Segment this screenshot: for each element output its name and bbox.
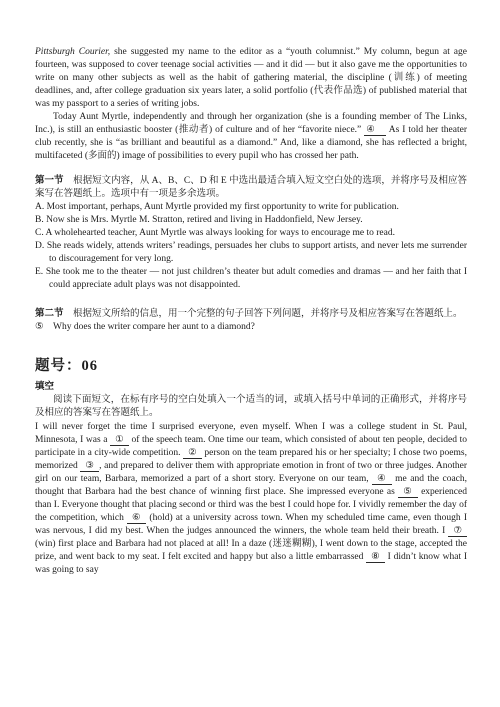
cloze-section-label: 填空 bbox=[35, 381, 467, 394]
blank-4-marker: ④ bbox=[364, 125, 386, 136]
publication-name-italic: Pittsburgh Courier, bbox=[35, 47, 110, 57]
option-a: A. Most important, perhaps, Aunt Myrtle … bbox=[35, 201, 467, 214]
section2-label: 第二节 bbox=[35, 309, 64, 319]
section1-text: 根据短文内容，从 A、B、C、D 和 E 中选出最适合填入短文空白处的选项，并将… bbox=[35, 176, 467, 199]
question-number-heading: 题号：06 bbox=[35, 360, 467, 373]
cloze-blank-4: ④ bbox=[372, 474, 392, 485]
cloze-blank-2: ② bbox=[183, 448, 202, 459]
question-5: ⑤ Why does the writer compare her aunt t… bbox=[35, 321, 467, 334]
options-list: A. Most important, perhaps, Aunt Myrtle … bbox=[35, 201, 467, 292]
section2-text: 根据短文所给的信息，用一个完整的句子回答下列问题，并将序号及相应答案写在答题纸上… bbox=[64, 309, 463, 319]
cloze-blank-3: ③ bbox=[80, 461, 99, 472]
exam-document-page: Pittsburgh Courier, she suggested my nam… bbox=[0, 0, 500, 707]
cloze-instruction: 阅读下面短文，在标有序号的空白处填入一个适当的词，或填入括号中单词的正确形式，并… bbox=[35, 394, 467, 420]
cloze-blank-5: ⑤ bbox=[398, 487, 418, 498]
cloze-blank-1: ① bbox=[110, 435, 129, 446]
cloze-blank-7: ⑦ bbox=[448, 526, 467, 537]
reading-passage-paragraph-1: Pittsburgh Courier, she suggested my nam… bbox=[35, 46, 467, 111]
cloze-blank-8: ⑧ bbox=[366, 552, 385, 563]
option-d: D. She reads widely, attends writers’ re… bbox=[35, 240, 467, 266]
option-e: E. She took me to the theater — not just… bbox=[35, 266, 467, 292]
option-c: C. A wholehearted teacher, Aunt Myrtle w… bbox=[35, 227, 467, 240]
reading-passage-paragraph-2: Today Aunt Myrtle, independently and thr… bbox=[35, 111, 467, 163]
section2-instruction: 第二节 根据短文所给的信息，用一个完整的句子回答下列问题，并将序号及相应答案写在… bbox=[35, 308, 467, 321]
cloze-blank-6: ⑥ bbox=[127, 513, 146, 524]
option-b: B. Now she is Mrs. Myrtle M. Stratton, r… bbox=[35, 214, 467, 227]
section1-instruction: 第一节 根据短文内容，从 A、B、C、D 和 E 中选出最适合填入短文空白处的选… bbox=[35, 175, 467, 201]
section1-label: 第一节 bbox=[35, 176, 64, 186]
cloze-passage: I will never forget the time I surprised… bbox=[35, 421, 467, 577]
